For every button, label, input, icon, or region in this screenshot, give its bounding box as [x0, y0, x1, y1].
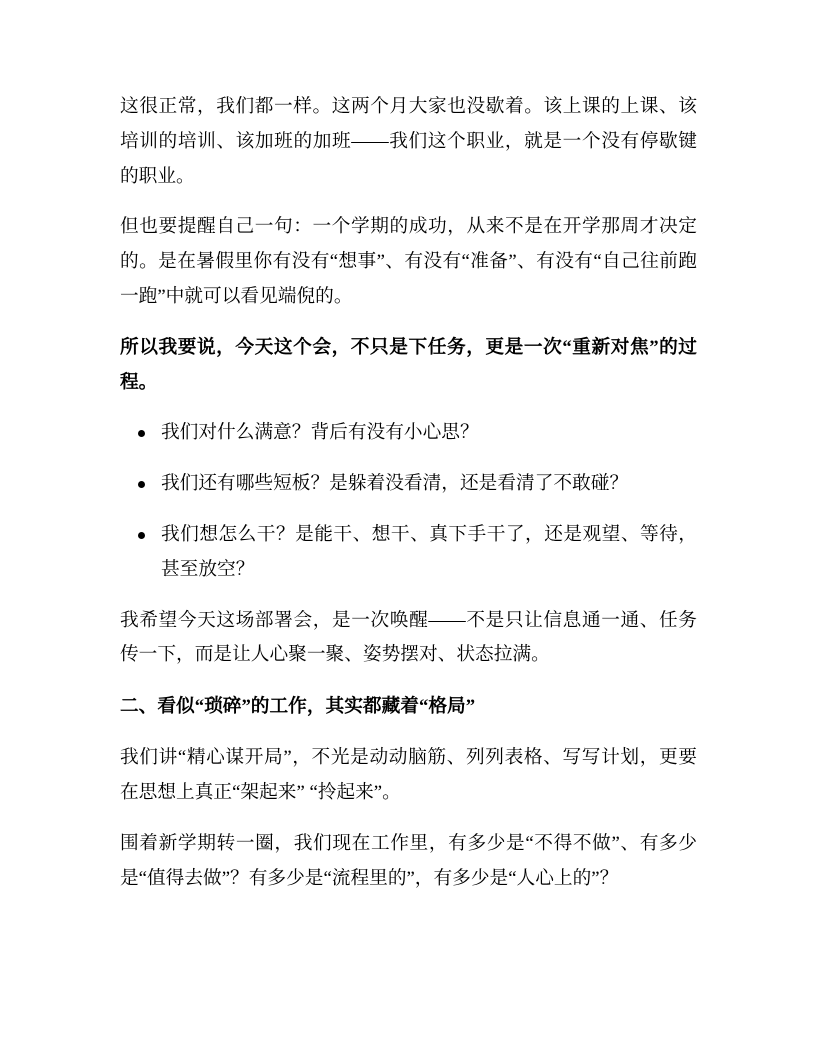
paragraph-new-term-questions: 围着新学期转一圈，我们现在工作里，有多少是“不得不做”、有多少是“值得去做”？有…: [120, 827, 697, 897]
list-item-shortcomings: 我们还有哪些短板？是躲着没看清，还是看清了不敢碰？: [120, 467, 697, 502]
paragraph-plan-opening: 我们讲“精心谋开局”，不光是动动脑筋、列列表格、写写计划，更要在思想上真正“架起…: [120, 741, 697, 811]
bullet-icon: [138, 481, 145, 488]
section-heading-2: 二、看似“琐碎”的工作，其实都藏着“格局”: [120, 689, 697, 724]
list-item-satisfaction: 我们对什么满意？背后有没有小心思？: [120, 416, 697, 451]
bullet-list: 我们对什么满意？背后有没有小心思？ 我们还有哪些短板？是躲着没看清，还是看清了不…: [120, 416, 697, 587]
list-item-text: 我们想怎么干？是能干、想干、真下手干了，还是观望、等待，甚至放空？: [161, 524, 697, 580]
paragraph-reminder: 但也要提醒自己一句：一个学期的成功，从来不是在开学那周才决定的。是在暑假里你有没…: [120, 210, 697, 314]
bullet-icon: [138, 532, 145, 539]
list-item-how-to-act: 我们想怎么干？是能干、想干、真下手干了，还是观望、等待，甚至放空？: [120, 518, 697, 588]
list-item-text: 我们还有哪些短板？是躲着没看清，还是看清了不敢碰？: [161, 473, 628, 494]
list-item-text: 我们对什么满意？背后有没有小心思？: [161, 422, 479, 443]
document-page: 这很正常，我们都一样。这两个月大家也没歇着。该上课的上课、该培训的培训、该加班的…: [0, 0, 816, 1056]
paragraph-normal: 这很正常，我们都一样。这两个月大家也没歇着。该上课的上课、该培训的培训、该加班的…: [120, 90, 697, 194]
paragraph-hope-awakening: 我希望今天这场部署会，是一次唤醒——不是只让信息通一通、任务传一下，而是让人心聚…: [120, 604, 697, 674]
bullet-icon: [138, 430, 145, 437]
paragraph-emphasis-refocus: 所以我要说，今天这个会，不只是下任务，更是一次“重新对焦”的过程。: [120, 331, 697, 401]
